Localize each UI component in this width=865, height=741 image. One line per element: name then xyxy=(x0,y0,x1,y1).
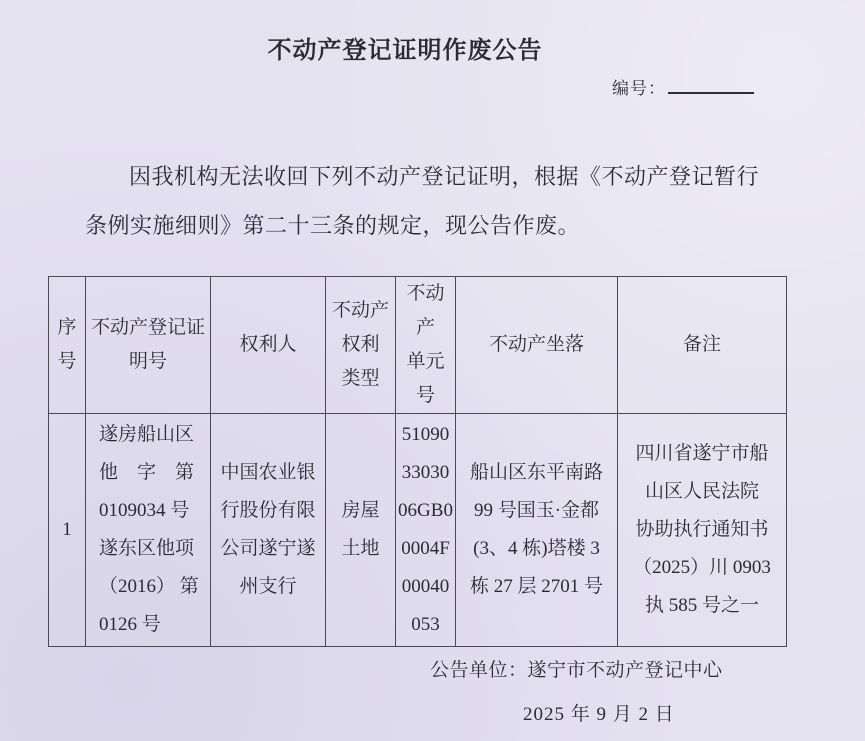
announcer-name: 公告单位：遂宁市不动产登记中心 xyxy=(430,655,723,682)
col-header-location: 不动产坐落 xyxy=(456,277,618,414)
table-header-row: 序 号 不动产登记证 明号 权利人 不动产 权利 类型 不动产 单元 号 不动产… xyxy=(49,277,787,414)
doc-number-label: 编号： xyxy=(612,79,666,98)
announcement-body-paragraph: 因我机构无法收回下列不动产登记证明，根据《不动产登记暂行 条例实施细则》第二十三… xyxy=(85,152,780,250)
col-header-unit-no: 不动产 单元 号 xyxy=(396,277,456,414)
cell-index: 1 xyxy=(49,414,86,647)
cell-holder: 中国农业银 行股份有限 公司遂宁遂 州支行 xyxy=(211,414,326,647)
col-header-right-type: 不动产 权利 类型 xyxy=(326,277,396,414)
doc-number-line: 编号： xyxy=(612,74,754,99)
cell-remark: 四川省遂宁市船 山区人民法院 协助执行通知书 （2025）川 0903 执 58… xyxy=(618,414,787,647)
cell-location: 船山区东平南路 99 号国玉·金都 (3、4 栋)塔楼 3 栋 27 层 270… xyxy=(456,414,618,647)
records-table: 序 号 不动产登记证 明号 权利人 不动产 权利 类型 不动产 单元 号 不动产… xyxy=(48,276,787,647)
cell-cert-no: 遂房船山区 他 字 第 0109034 号 遂东区他项 （2016） 第 012… xyxy=(86,414,211,647)
col-header-remark: 备注 xyxy=(618,277,787,414)
table-row: 1 遂房船山区 他 字 第 0109034 号 遂东区他项 （2016） 第 0… xyxy=(49,414,787,647)
col-header-index: 序 号 xyxy=(49,277,86,414)
document-title: 不动产登记证明作废公告 xyxy=(0,30,810,65)
doc-number-blank-underline xyxy=(668,77,754,94)
cell-right-type: 房屋 土地 xyxy=(326,414,396,647)
col-header-cert-no: 不动产登记证 明号 xyxy=(86,277,211,414)
cell-unit-no: 51090 33030 06GB0 0004F 00040 053 xyxy=(396,414,456,647)
col-header-holder: 权利人 xyxy=(211,277,326,414)
document-page: 不动产登记证明作废公告 编号： 因我机构无法收回下列不动产登记证明，根据《不动产… xyxy=(0,0,865,741)
announcement-date: 2025 年 9 月 2 日 xyxy=(523,699,675,726)
